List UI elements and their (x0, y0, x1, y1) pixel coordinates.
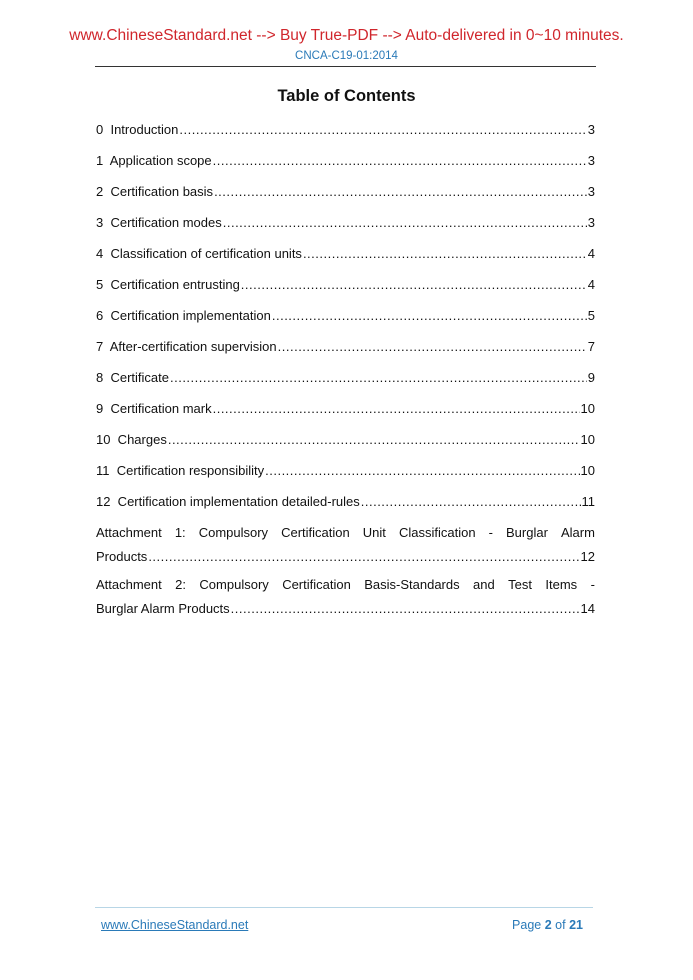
toc-entry-page: 12 (581, 545, 595, 569)
toc-entry-label: 1 Application scope (96, 151, 212, 171)
page-indicator: Page 2 of 21 (512, 918, 583, 932)
toc-entry-label: 10 Charges (96, 430, 167, 450)
dot-leader (272, 306, 587, 326)
toc-entry[interactable]: 0 Introduction3 (96, 120, 595, 151)
attachment-continuation: Burglar Alarm Products (96, 597, 230, 621)
toc-entry[interactable]: 1 Application scope3 (96, 151, 595, 182)
attachment-word: Compulsory (199, 521, 268, 545)
toc-entry[interactable]: 7 After-certification supervision7 (96, 337, 595, 368)
attachment-second-line: Burglar Alarm Products14 (96, 597, 595, 621)
footer-website-link[interactable]: www.ChineseStandard.net (101, 918, 248, 932)
dot-leader (213, 399, 580, 419)
toc-entry-page: 3 (588, 120, 595, 140)
attachment-word: Items (545, 573, 577, 597)
dot-leader (214, 182, 587, 202)
attachment-word: Compulsory (199, 573, 268, 597)
attachment-word: Burglar (506, 521, 548, 545)
dot-leader (170, 368, 587, 388)
toc-entry[interactable]: 10 Charges10 (96, 430, 595, 461)
footer-divider (95, 907, 593, 908)
toc-entry[interactable]: 12 Certification implementation detailed… (96, 492, 595, 523)
header-divider (95, 66, 596, 67)
toc-entry[interactable]: 5 Certification entrusting4 (96, 275, 595, 306)
dot-leader (303, 244, 587, 264)
toc-entry-label: 6 Certification implementation (96, 306, 271, 326)
attachment-continuation: Products (96, 545, 147, 569)
toc-entry[interactable]: 4 Classification of certification units4 (96, 244, 595, 275)
dot-leader (278, 337, 587, 357)
toc-entry-label: 3 Certification modes (96, 213, 222, 233)
toc-entry-label: 0 Introduction (96, 120, 178, 140)
attachment-word: Certification (282, 573, 351, 597)
toc-entry-label: 5 Certification entrusting (96, 275, 240, 295)
toc-entry-page: 11 (582, 492, 596, 512)
attachment-word: - (591, 573, 595, 597)
dot-leader (265, 461, 579, 481)
attachment-word: 1: (175, 521, 186, 545)
toc-entry-page: 3 (588, 151, 595, 171)
toc-entry-page: 3 (588, 182, 595, 202)
toc-attachment-entry[interactable]: Attachment2:CompulsoryCertificationBasis… (96, 573, 595, 621)
toc-entry[interactable]: 11 Certification responsibility10 (96, 461, 595, 492)
page-total: 21 (569, 918, 583, 932)
toc-entry-page: 10 (581, 430, 595, 450)
attachment-word: Test (508, 573, 532, 597)
attachment-word: and (473, 573, 495, 597)
attachment-first-line: Attachment1:CompulsoryCertificationUnitC… (96, 521, 595, 545)
document-id: CNCA-C19-01:2014 (0, 50, 693, 62)
page-current: 2 (545, 918, 552, 932)
promo-banner-link[interactable]: www.ChineseStandard.net --> Buy True-PDF… (0, 27, 693, 45)
page-prefix: Page (512, 918, 541, 932)
toc-entry-label: 7 After-certification supervision (96, 337, 277, 357)
dot-leader (223, 213, 587, 233)
toc-entry[interactable]: 3 Certification modes3 (96, 213, 595, 244)
toc-entry-page: 4 (588, 244, 595, 264)
toc-attachment-entry[interactable]: Attachment1:CompulsoryCertificationUnitC… (96, 521, 595, 569)
attachment-word: 2: (175, 573, 186, 597)
dot-leader (231, 597, 580, 621)
toc-entry-page: 9 (588, 368, 595, 388)
attachment-word: Attachment (96, 573, 162, 597)
attachment-word: - (489, 521, 493, 545)
attachment-word: Classification (399, 521, 476, 545)
dot-leader (179, 120, 586, 140)
toc-entry-label: 9 Certification mark (96, 399, 212, 419)
attachment-word: Certification (281, 521, 350, 545)
attachment-word: Attachment (96, 521, 162, 545)
toc-entry-label: 11 Certification responsibility (96, 461, 264, 481)
toc-entry-page: 4 (588, 275, 595, 295)
toc-entry-page: 10 (581, 461, 595, 481)
dot-leader (213, 151, 587, 171)
attachment-word: Basis-Standards (364, 573, 459, 597)
toc-entry[interactable]: 8 Certificate9 (96, 368, 595, 399)
toc-entry-label: 2 Certification basis (96, 182, 213, 202)
toc-entry-label: 4 Classification of certification units (96, 244, 302, 264)
toc-entry-page: 3 (588, 213, 595, 233)
toc-entry-label: 12 Certification implementation detailed… (96, 492, 360, 512)
toc-entry[interactable]: 9 Certification mark10 (96, 399, 595, 430)
dot-leader (241, 275, 587, 295)
attachment-word: Unit (363, 521, 386, 545)
toc-entry-page: 7 (588, 337, 595, 357)
toc-entry[interactable]: 6 Certification implementation5 (96, 306, 595, 337)
attachment-second-line: Products12 (96, 545, 595, 569)
page-title: Table of Contents (0, 87, 693, 106)
toc-entry-page: 5 (588, 306, 595, 326)
attachment-word: Alarm (561, 521, 595, 545)
dot-leader (148, 545, 579, 569)
toc-entry-page: 14 (581, 597, 595, 621)
table-of-contents: 0 Introduction31 Application scope32 Cer… (96, 120, 595, 627)
attachment-first-line: Attachment2:CompulsoryCertificationBasis… (96, 573, 595, 597)
page-of: of (555, 918, 565, 932)
dot-leader (361, 492, 581, 512)
dot-leader (168, 430, 580, 450)
toc-entry-label: 8 Certificate (96, 368, 169, 388)
toc-entry-page: 10 (581, 399, 595, 419)
toc-entry[interactable]: 2 Certification basis3 (96, 182, 595, 213)
